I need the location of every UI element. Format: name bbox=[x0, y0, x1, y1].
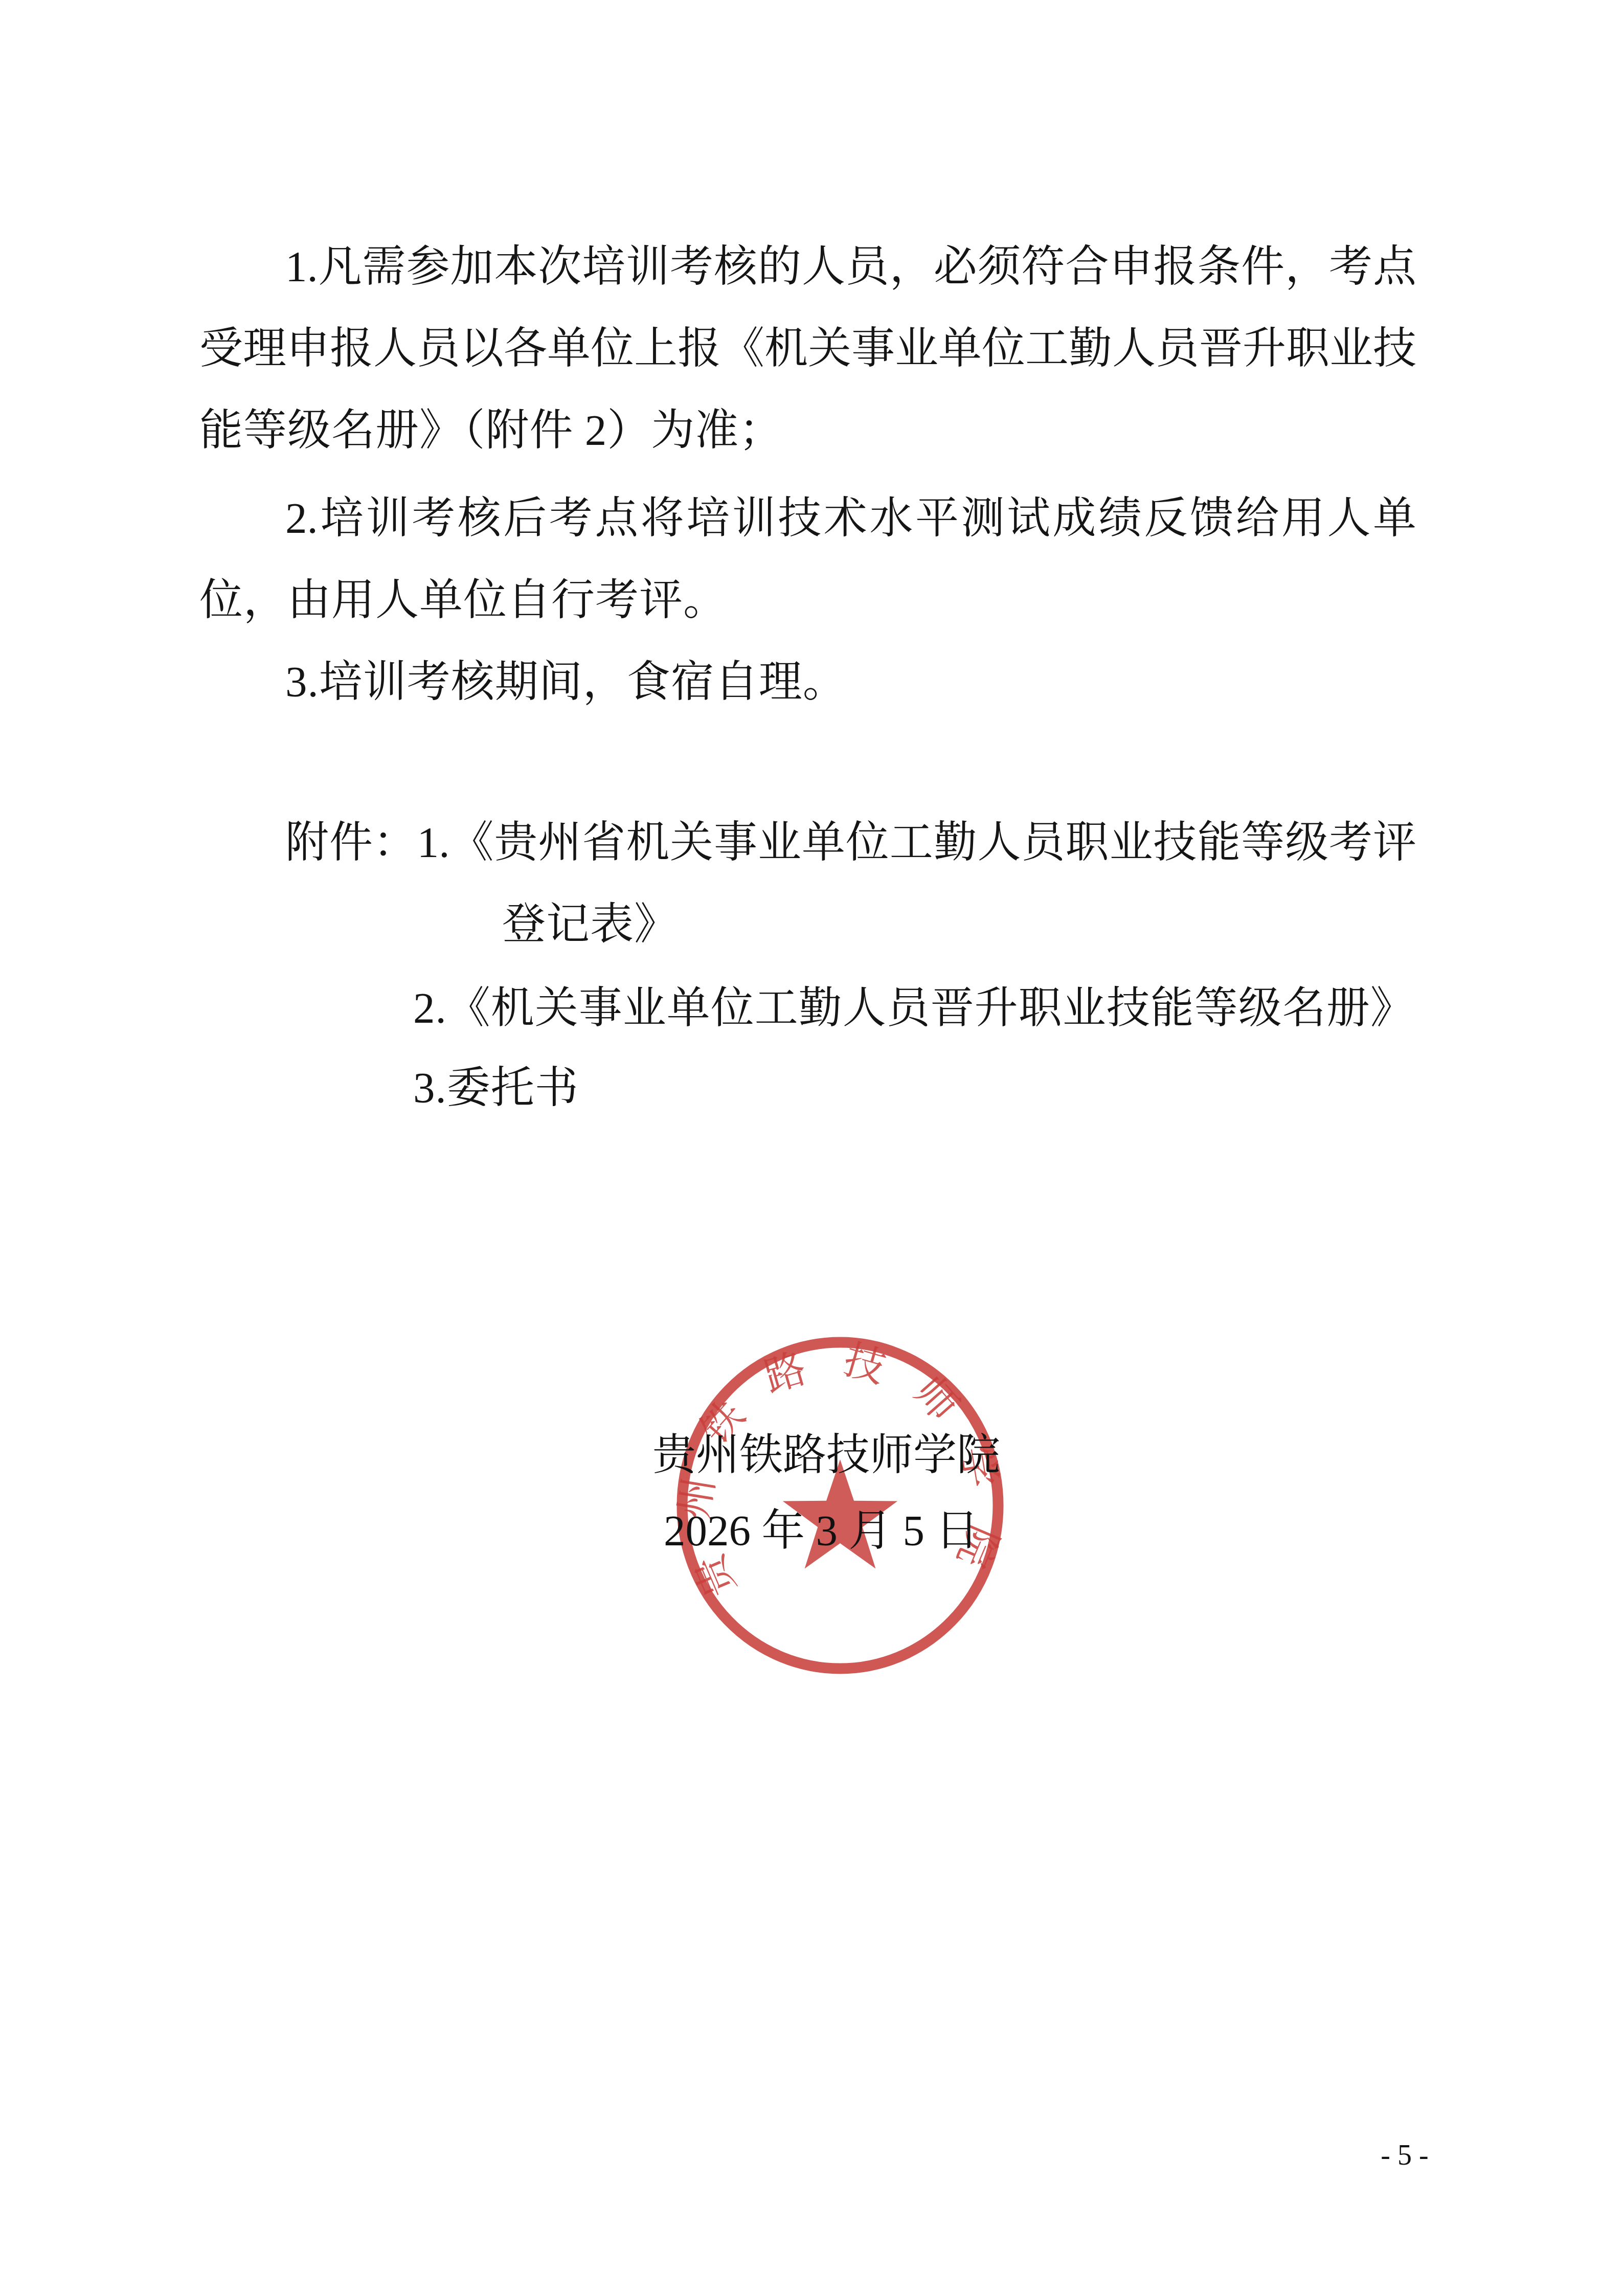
attachment-line-4: 3.委托书 bbox=[413, 1060, 579, 1116]
body-line-6: 3.培训考核期间，食宿自理。 bbox=[285, 654, 847, 710]
body-line-5: 位，由用人单位自行考评。 bbox=[199, 572, 727, 628]
page-number: - 5 - bbox=[1338, 2137, 1471, 2173]
attachment-line-2: 登记表》 bbox=[502, 896, 678, 953]
body-line-2: 受理申报人员以各单位上报《机关事业单位工勤人员晋升职业技 bbox=[199, 321, 1416, 377]
body-line-4: 2.培训考核后考点将培训技术水平测试成绩反馈给用人单 bbox=[285, 490, 1416, 547]
signature-date: 2026 年 3 月 5 日 bbox=[664, 1503, 979, 1559]
document-page: 1.凡需参加本次培训考核的人员，必须符合申报条件，考点 受理申报人员以各单位上报… bbox=[0, 0, 1624, 2295]
body-line-3: 能等级名册》（附件 2）为准； bbox=[199, 402, 783, 459]
body-line-1: 1.凡需参加本次培训考核的人员，必须符合申报条件，考点 bbox=[285, 239, 1416, 295]
signature-org: 贵州铁路技师学院 bbox=[652, 1427, 1000, 1483]
attachment-line-1: 附件：1.《贵州省机关事业单位工勤人员职业技能等级考评 bbox=[285, 815, 1416, 871]
attachment-line-3: 2.《机关事业单位工勤人员晋升职业技能等级名册》 bbox=[413, 980, 1414, 1037]
